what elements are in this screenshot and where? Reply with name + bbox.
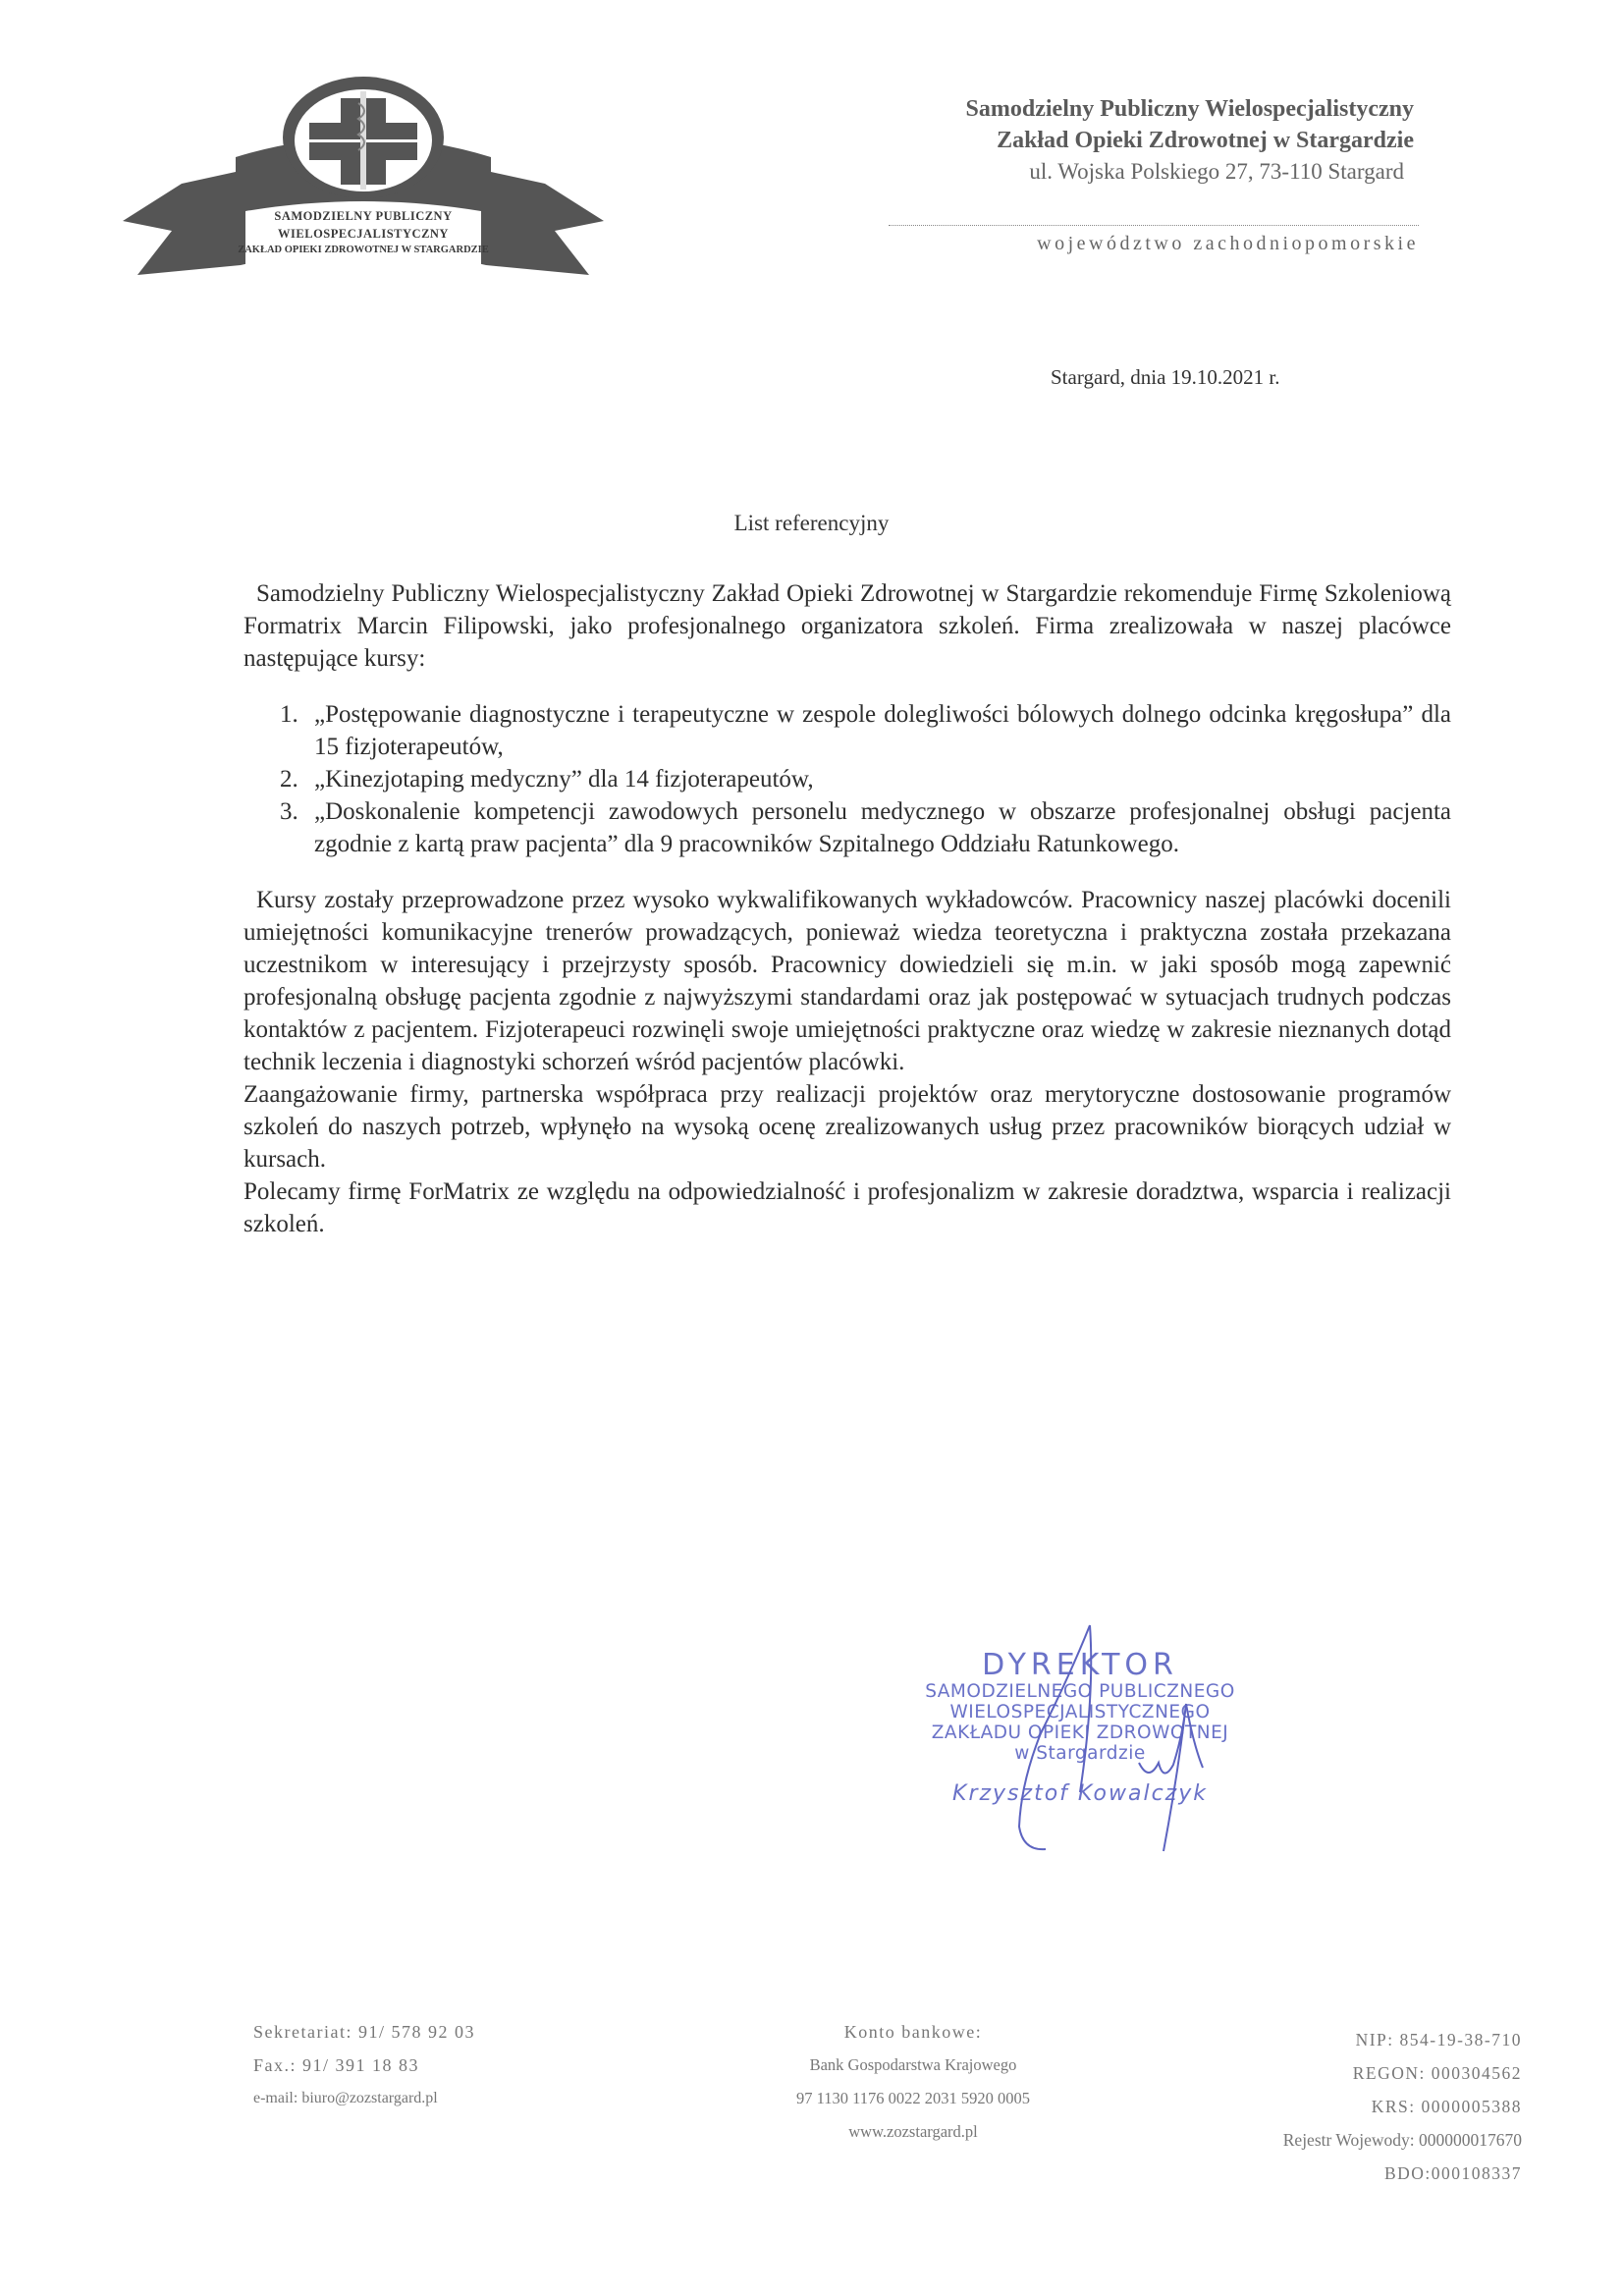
- logo-line-3: ZAKŁAD OPIEKI ZDROWOTNEJ W STARGARDZIE: [123, 245, 604, 255]
- krs-number: KRS: 0000005388: [1178, 2090, 1522, 2123]
- letter-body: Samodzielny Publiczny Wielospecjalistycz…: [243, 577, 1451, 1240]
- course-item: „Doskonalenie kompetencji zawodowych per…: [304, 795, 1451, 860]
- course-item: „Kinezjotaping medyczny” dla 14 fizjoter…: [304, 763, 1451, 795]
- footer-contact: Sekretariat: 91/ 578 92 03 Fax.: 91/ 391…: [253, 2015, 475, 2115]
- institution-logo: SAMODZIELNY PUBLICZNY WIELOSPECJALISTYCZ…: [123, 74, 604, 285]
- evaluation-paragraph: Kursy zostały przeprowadzone przez wysok…: [243, 884, 1451, 1078]
- course-item: „Postępowanie diagnostyczne i terapeutyc…: [304, 698, 1451, 763]
- stamp-line-1: SAMODZIELNEGO PUBLICZNEGO: [884, 1681, 1276, 1702]
- letter-date: Stargard, dnia 19.10.2021 r.: [1051, 365, 1280, 390]
- regon-number: REGON: 000304562: [1178, 2056, 1522, 2090]
- website: www.zozstargard.pl: [727, 2115, 1100, 2149]
- letterhead: Samodzielny Publiczny Wielospecjalistycz…: [844, 93, 1414, 188]
- bdo-number: BDO:000108337: [1178, 2157, 1522, 2190]
- footer-registry: NIP: 854-19-38-710 REGON: 000304562 KRS:…: [1178, 2023, 1522, 2190]
- engagement-paragraph: Zaangażowanie firmy, partnerska współpra…: [243, 1078, 1451, 1175]
- fax-number: Fax.: 91/ 391 18 83: [253, 2049, 475, 2082]
- header-divider: [889, 225, 1419, 226]
- logo-line-1: SAMODZIELNY PUBLICZNY: [123, 209, 604, 224]
- intro-paragraph: Samodzielny Publiczny Wielospecjalistycz…: [243, 577, 1451, 675]
- voivode-register-number: Rejestr Wojewody: 000000017670: [1178, 2123, 1522, 2157]
- secretariat-phone: Sekretariat: 91/ 578 92 03: [253, 2015, 475, 2049]
- stamp-line-4: w Stargardzie: [884, 1743, 1276, 1764]
- footer-bank: Konto bankowe: Bank Gospodarstwa Krajowe…: [727, 2015, 1100, 2149]
- bank-name: Bank Gospodarstwa Krajowego: [727, 2049, 1100, 2082]
- org-name-line-2: Zakład Opieki Zdrowotnej w Stargardzie: [844, 125, 1414, 156]
- course-list: „Postępowanie diagnostyczne i terapeutyc…: [243, 698, 1451, 860]
- letter-title: List referencyjny: [0, 511, 1623, 536]
- signatory-name: Krzysztof Kowalczyk: [884, 1781, 1276, 1806]
- nip-number: NIP: 854-19-38-710: [1178, 2023, 1522, 2056]
- email-address: e-mail: biuro@zozstargard.pl: [253, 2082, 475, 2115]
- org-address: ul. Wojska Polskiego 27, 73-110 Stargard: [844, 156, 1404, 188]
- stamp-line-3: ZAKŁADU OPIEKI ZDROWOTNEJ: [884, 1722, 1276, 1743]
- stamp-line-2: WIELOSPECJALISTYCZNEGO: [884, 1702, 1276, 1722]
- bank-account-label: Konto bankowe:: [727, 2015, 1100, 2049]
- org-region: województwo zachodniopomorskie: [889, 233, 1419, 255]
- org-name-line-1: Samodzielny Publiczny Wielospecjalistycz…: [844, 93, 1414, 125]
- logo-line-2: WIELOSPECJALISTYCZNY: [123, 227, 604, 242]
- director-stamp: DYREKTOR SAMODZIELNEGO PUBLICZNEGO WIELO…: [884, 1650, 1276, 1806]
- bank-account-number: 97 1130 1176 0022 2031 5920 0005: [727, 2082, 1100, 2115]
- recommendation-paragraph: Polecamy firmę ForMatrix ze względu na o…: [243, 1175, 1451, 1240]
- stamp-title: DYREKTOR: [884, 1650, 1276, 1681]
